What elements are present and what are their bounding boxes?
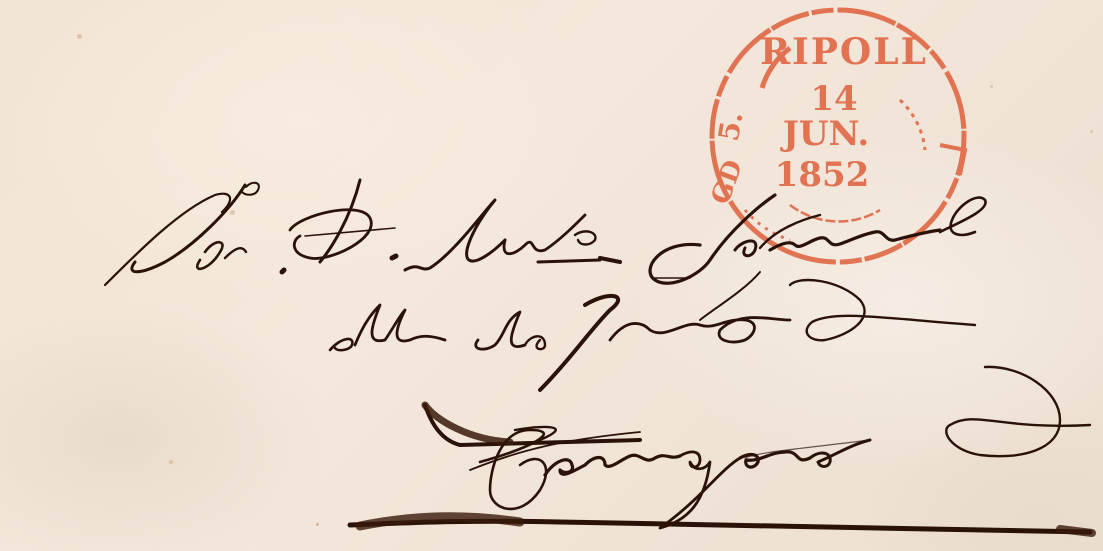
handwritten-address [0, 0, 1103, 551]
address-line-1-surname-strokes [650, 195, 986, 283]
address-line-3-strokes [425, 367, 1090, 528]
address-underline [350, 521, 1090, 532]
address-line-1-strokes [105, 180, 620, 285]
address-line-2-strokes [330, 272, 975, 390]
envelope-cover: RIPOLL 14 JUN. 1852 5. GD [0, 0, 1103, 551]
